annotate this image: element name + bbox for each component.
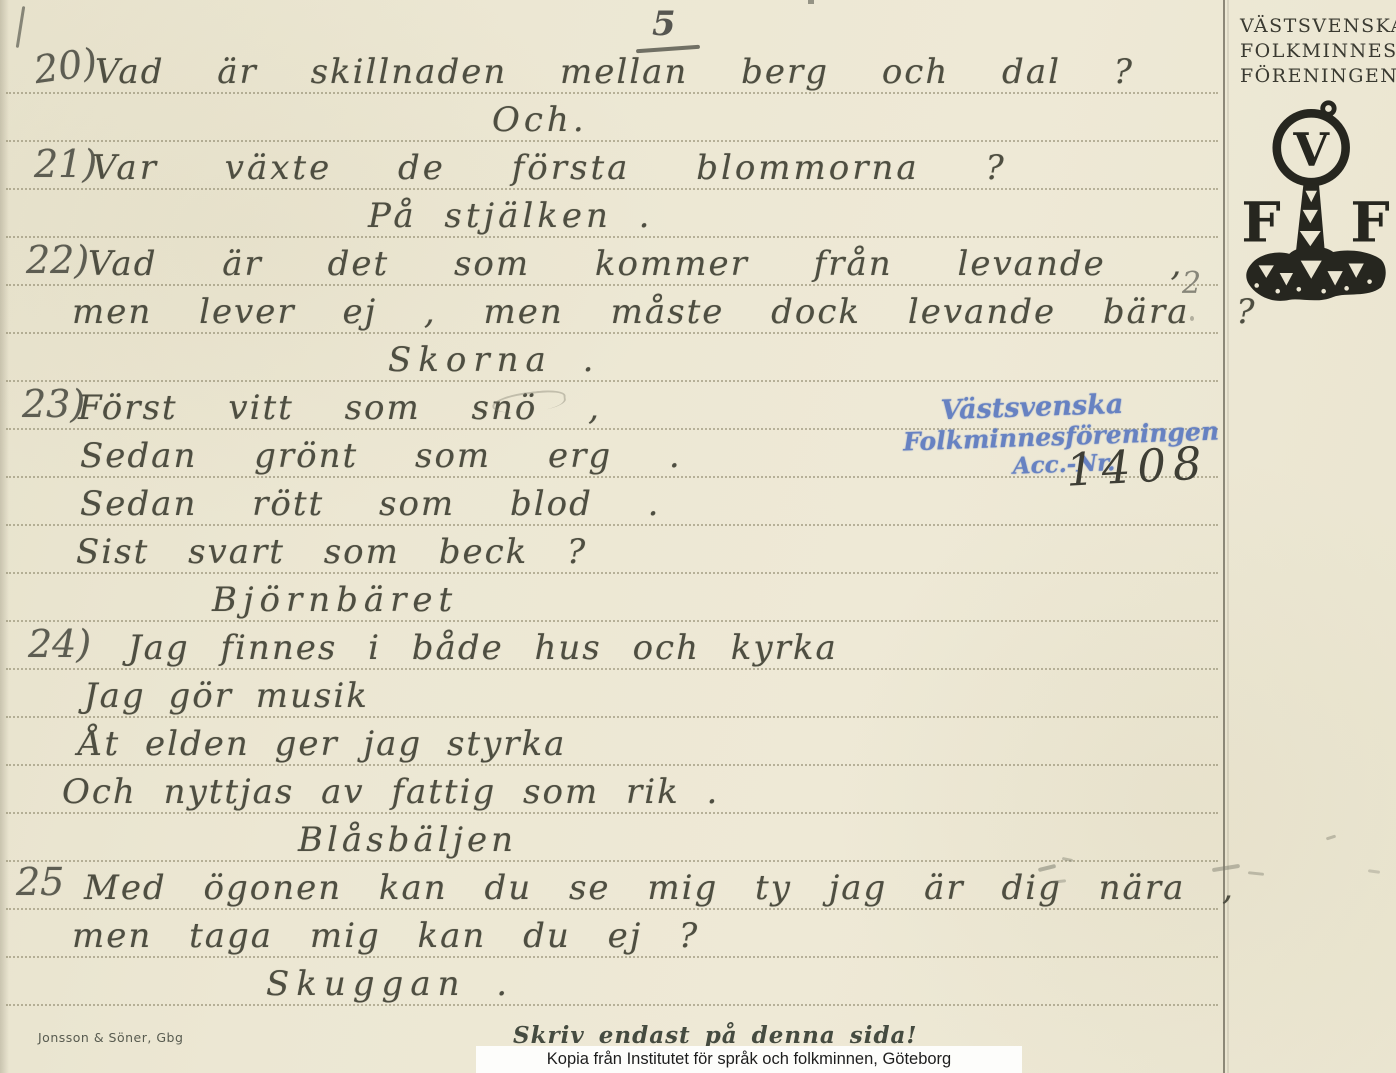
riddle-23-number: 23) [22,382,85,426]
riddle-24-question-line-4: Och nyttjas av fattig som rik . [62,770,719,814]
riddle-25-number: 25 [16,860,64,904]
thors-hammer-logo: V F F [1236,98,1396,318]
riddle-24-question-line-3: Åt elden ger jag styrka [78,722,566,766]
pencil-smudge [1190,316,1194,321]
riddle-22-question-line-1: Vad är det som kommer från levande , [88,242,1183,286]
letterhead-org-name: VÄSTSVENSKA FOLKMINNES- FÖRENINGEN [1240,14,1392,89]
scan-artifact-mark [808,0,814,4]
ruled-line [6,140,1218,142]
riddle-21-number: 21) [34,142,97,186]
logo-letter-f-right: F [1350,190,1389,255]
riddle-20-question: Vad är skillnaden mellan berg och dal ? [95,50,1134,94]
riddle-22-answer: Skorna . [388,338,600,382]
riddle-25-answer: Skuggan . [266,962,514,1006]
riddle-22-number: 22) [26,238,89,282]
riddle-23-question-line-3: Sedan rött som blod . [80,482,660,526]
archive-caption-strip: Kopia från Institutet för språk och folk… [476,1046,1022,1073]
riddle-22-question-line-2: men lever ej , men måste dock levande bä… [72,290,1257,334]
riddle-23-answer: Björnbäret [212,578,458,622]
scan-edge-shadow [0,0,9,1073]
riddle-20-number: 20) [31,40,100,92]
pencil-smudge [1368,869,1380,874]
logo-letter-v: V [1292,123,1330,177]
riddle-21-question: Var växte de första blommorna ? [92,146,1007,190]
riddle-24-number: 24) [28,622,91,666]
ruled-line [6,1004,1218,1006]
riddle-23-question-line-4: Sist svart som beck ? [76,530,587,574]
riddle-25-question-line-1: Med ögonen kan du se mig ty jag är dig n… [84,866,1235,910]
riddle-24-answer: Blåsbäljen [298,818,517,862]
ruled-line [6,860,1218,862]
printer-mark: Jonsson & Söner, Gbg [38,1030,183,1045]
page-number: 5 [652,4,676,44]
pencil-corner-mark [16,6,26,48]
write-only-instruction: Skriv endast på denna sida! [513,1022,918,1049]
archive-caption: Kopia från Institutet för språk och folk… [547,1050,951,1069]
letterhead-line-1: VÄSTSVENSKA [1240,14,1392,39]
accession-number: 1408 [1065,436,1210,496]
ruled-line [6,620,1218,622]
pencil-margin-number: 2 [1182,266,1201,301]
scanned-document-page: 5 VÄSTSVENSKA FOLKMINNES- FÖRENINGEN V F… [0,0,1396,1073]
riddle-24-question-line-2: Jag gör musik [84,674,369,718]
letterhead-line-3: FÖRENINGEN [1240,64,1392,89]
margin-divider-line [1223,0,1225,1073]
ruled-line [6,380,1218,382]
riddle-25-question-line-2: men taga mig kan du ej ? [72,914,699,958]
letterhead-line-2: FOLKMINNES- [1240,39,1392,64]
riddle-20-answer: Och. [492,98,588,142]
riddle-21-answer: På stjälken . [368,194,653,238]
logo-letter-f-left: F [1241,190,1280,255]
pencil-smudge [1248,871,1264,876]
riddle-24-question-line-1: Jag finnes i både hus och kyrka [128,626,838,670]
pencil-smudge [1326,835,1336,841]
riddle-23-question-line-2: Sedan grönt som erg . [80,434,682,478]
